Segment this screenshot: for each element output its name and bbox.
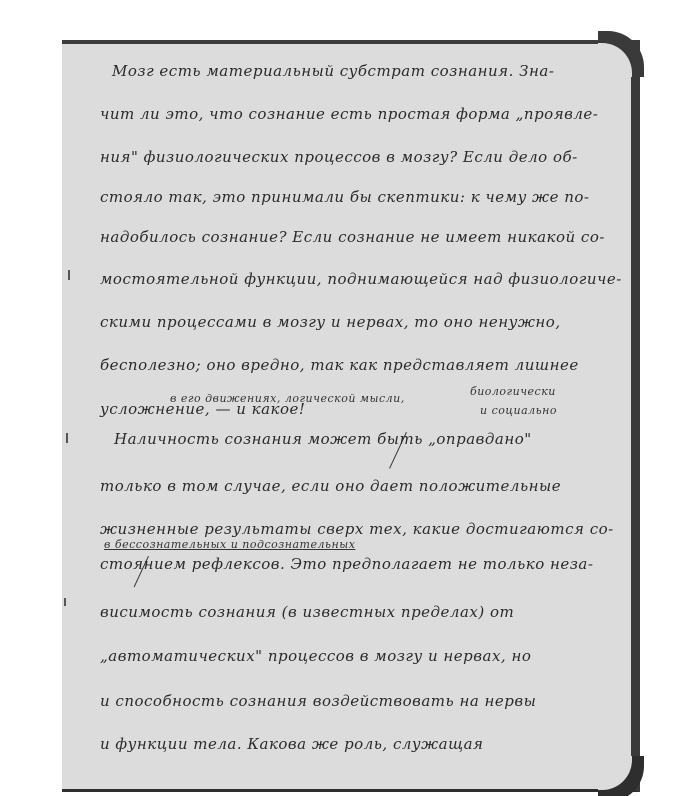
- manuscript-line: бесполезно; оно вредно, так как представ…: [100, 356, 579, 374]
- manuscript-line: мостоятельной функции, поднимающейся над…: [100, 270, 622, 288]
- manuscript-line: Наличность сознания может быть „оправдан…: [114, 430, 532, 448]
- interlinear-insertion: в бессознательных и подсознательных: [104, 538, 355, 551]
- page-corner-top-right: [598, 43, 632, 77]
- interlinear-insertion: и социально: [480, 404, 557, 417]
- manuscript-line: „автоматических" процессов в мозгу и нер…: [100, 647, 531, 665]
- manuscript-line: только в том случае, если оно дает полож…: [100, 477, 561, 495]
- manuscript-line: скими процессами в мозгу и нервах, то он…: [100, 313, 561, 331]
- manuscript-line: чит ли это, что сознание есть простая фо…: [100, 105, 598, 123]
- manuscript-line: надобилось сознание? Если сознание не им…: [100, 228, 605, 246]
- manuscript-line: и способность сознания воздействовать на…: [100, 692, 536, 710]
- manuscript-line: стоянием рефлексов. Это предполагает не …: [100, 555, 593, 573]
- manuscript-line: висимость сознания (в известных пределах…: [100, 603, 514, 621]
- margin-mark: [68, 270, 70, 280]
- interlinear-insertion: в его движениях, логической мысли,: [170, 392, 405, 405]
- manuscript-line: стояло так, это принимали бы скептики: к…: [100, 188, 590, 206]
- page-corner-bottom-right: [598, 756, 632, 790]
- margin-mark: [66, 433, 68, 443]
- manuscript-line: Мозг есть материальный субстрат сознания…: [112, 62, 554, 80]
- manuscript-line: жизненные результаты сверх тех, какие до…: [100, 520, 614, 538]
- manuscript-line: ния" физиологических процессов в мозгу? …: [100, 148, 578, 166]
- interlinear-insertion: биологически: [470, 385, 556, 398]
- manuscript-line: и функции тела. Какова же роль, служащая: [100, 735, 484, 753]
- margin-mark: [64, 598, 66, 606]
